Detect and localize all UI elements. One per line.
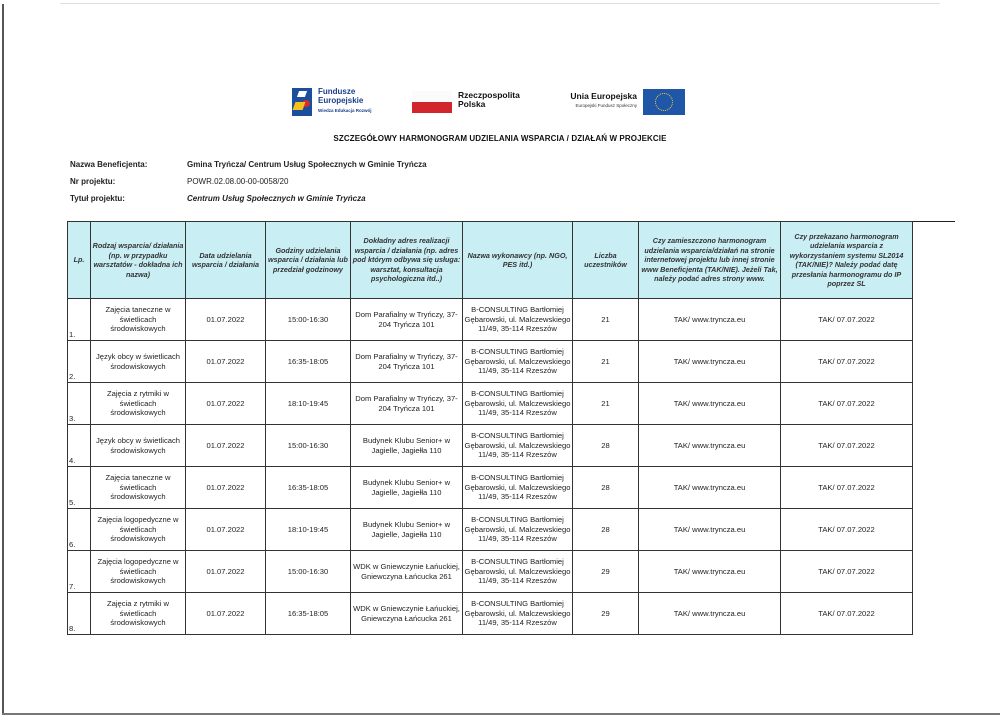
schedule-table: Lp. Rodzaj wsparcia/ działania (np. w pr…	[67, 221, 913, 635]
cell-sl2014: TAK/ 07.07.2022	[781, 551, 913, 593]
cell-date: 01.07.2022	[186, 341, 266, 383]
header-lp: Lp.	[68, 222, 91, 299]
table-row: 5.Zajęcia taneczne w świetlicach środowi…	[68, 467, 913, 509]
cell-participants: 21	[573, 299, 639, 341]
polish-flag-icon	[412, 91, 452, 113]
document-title: SZCZEGÓŁOWY HARMONOGRAM UDZIELANIA WSPAR…	[0, 134, 1000, 143]
table-row: 8.Zajęcia z rytmiki w świetlicach środow…	[68, 593, 913, 635]
cell-executor: B-CONSULTING Bartłomiej Gębarowski, ul. …	[463, 509, 573, 551]
cell-executor: B-CONSULTING Bartłomiej Gębarowski, ul. …	[463, 467, 573, 509]
cell-lp: 5.	[68, 467, 91, 509]
cell-executor: B-CONSULTING Bartłomiej Gębarowski, ul. …	[463, 551, 573, 593]
logo-bar: Fundusze Europejskie Wiedza Edukacja Roz…	[290, 86, 690, 120]
cell-hours: 15:00-16:30	[266, 299, 351, 341]
cell-date: 01.07.2022	[186, 383, 266, 425]
cell-date: 01.07.2022	[186, 425, 266, 467]
cell-support-type: Zajęcia taneczne w świetlicach środowisk…	[91, 467, 186, 509]
cell-executor: B-CONSULTING Bartłomiej Gębarowski, ul. …	[463, 425, 573, 467]
cell-website: TAK/ www.tryncza.eu	[639, 383, 781, 425]
eu-flag-icon	[643, 89, 685, 115]
header-address: Dokładny adres realizacji wsparcia / dzi…	[351, 222, 463, 299]
cell-support-type: Zajęcia z rytmiki w świetlicach środowis…	[91, 593, 186, 635]
cell-participants: 29	[573, 551, 639, 593]
cell-date: 01.07.2022	[186, 551, 266, 593]
header-executor: Nazwa wykonawcy (np. NGO, PES itd.)	[463, 222, 573, 299]
cell-hours: 18:10-19:45	[266, 383, 351, 425]
cell-address: Dom Parafialny w Tryńczy, 37-204 Tryńcza…	[351, 299, 463, 341]
cell-lp: 3.	[68, 383, 91, 425]
cell-sl2014: TAK/ 07.07.2022	[781, 593, 913, 635]
cell-hours: 16:35-18:05	[266, 593, 351, 635]
cell-lp: 6.	[68, 509, 91, 551]
cell-support-type: Język obcy w świetlicach środowiskowych	[91, 341, 186, 383]
page-bottom-edge	[2, 713, 1000, 715]
header-hours: Godziny udzielania wsparcia / działania …	[266, 222, 351, 299]
cell-sl2014: TAK/ 07.07.2022	[781, 467, 913, 509]
cell-address: WDK w Gniewczynie Łańuckiej, Gniewczyna …	[351, 551, 463, 593]
cell-lp: 8.	[68, 593, 91, 635]
project-title-value: Centrum Usług Społecznych w Gminie Tryńc…	[187, 194, 366, 203]
header-date: Data udzielania wsparcia / działania	[186, 222, 266, 299]
cell-support-type: Zajęcia z rytmiki w świetlicach środowis…	[91, 383, 186, 425]
header-sl2014: Czy przekazano harmonogram udzielania ws…	[781, 222, 913, 299]
header-website: Czy zamieszczono harmonogram udzielania …	[639, 222, 781, 299]
cell-support-type: Zajęcia logopedyczne w świetlicach środo…	[91, 509, 186, 551]
cell-lp: 7.	[68, 551, 91, 593]
cell-executor: B-CONSULTING Bartłomiej Gębarowski, ul. …	[463, 383, 573, 425]
cell-sl2014: TAK/ 07.07.2022	[781, 509, 913, 551]
fe-subtitle: Wiedza Edukacja Rozwój	[318, 106, 371, 115]
fe-emblem-icon	[292, 88, 312, 116]
cell-address: Dom Parafialny w Tryńczy, 37-204 Tryńcza…	[351, 383, 463, 425]
beneficiary-value: Gmina Tryńcza/ Centrum Usług Społecznych…	[187, 160, 427, 169]
cell-website: TAK/ www.tryncza.eu	[639, 551, 781, 593]
page-left-edge	[2, 4, 4, 714]
project-number-value: POWR.02.08.00-00-0058/20	[187, 177, 288, 186]
page-top-edge	[60, 3, 940, 4]
cell-website: TAK/ www.tryncza.eu	[639, 299, 781, 341]
cell-website: TAK/ www.tryncza.eu	[639, 341, 781, 383]
fe-line1: Fundusze	[318, 87, 371, 96]
table-row: 7.Zajęcia logopedyczne w świetlicach śro…	[68, 551, 913, 593]
beneficiary-label: Nazwa Beneficjenta:	[70, 160, 180, 169]
table-row: 2.Język obcy w świetlicach środowiskowyc…	[68, 341, 913, 383]
unia-europejska-logo: Unia Europejska Europejski Fundusz Społe…	[550, 89, 685, 119]
cell-participants: 21	[573, 383, 639, 425]
cell-address: Budynek Klubu Senior+ w Jagielle, Jagieł…	[351, 425, 463, 467]
table-row: 4.Język obcy w świetlicach środowiskowyc…	[68, 425, 913, 467]
table-row: 3.Zajęcia z rytmiki w świetlicach środow…	[68, 383, 913, 425]
cell-website: TAK/ www.tryncza.eu	[639, 425, 781, 467]
cell-sl2014: TAK/ 07.07.2022	[781, 299, 913, 341]
fe-line2: Europejskie	[318, 96, 371, 105]
cell-sl2014: TAK/ 07.07.2022	[781, 341, 913, 383]
cell-participants: 21	[573, 341, 639, 383]
cell-participants: 28	[573, 467, 639, 509]
eu-line1: Unia Europejska	[570, 91, 637, 101]
cell-hours: 15:00-16:30	[266, 551, 351, 593]
cell-executor: B-CONSULTING Bartłomiej Gębarowski, ul. …	[463, 593, 573, 635]
cell-website: TAK/ www.tryncza.eu	[639, 467, 781, 509]
cell-lp: 2.	[68, 341, 91, 383]
cell-address: Budynek Klubu Senior+ w Jagielle, Jagieł…	[351, 467, 463, 509]
cell-lp: 1.	[68, 299, 91, 341]
cell-date: 01.07.2022	[186, 467, 266, 509]
cell-participants: 28	[573, 509, 639, 551]
pl-line2: Polska	[458, 100, 520, 109]
cell-hours: 15:00-16:30	[266, 425, 351, 467]
cell-hours: 18:10-19:45	[266, 509, 351, 551]
cell-sl2014: TAK/ 07.07.2022	[781, 425, 913, 467]
cell-address: WDK w Gniewczynie Łańuckiej, Gniewczyna …	[351, 593, 463, 635]
project-number-label: Nr projektu:	[70, 177, 180, 186]
cell-support-type: Zajęcia logopedyczne w świetlicach środo…	[91, 551, 186, 593]
cell-date: 01.07.2022	[186, 299, 266, 341]
cell-hours: 16:35-18:05	[266, 467, 351, 509]
cell-address: Dom Parafialny w Tryńczy, 37-204 Tryńcza…	[351, 341, 463, 383]
project-title-label: Tytuł projektu:	[70, 194, 180, 203]
cell-date: 01.07.2022	[186, 593, 266, 635]
table-row: 1.Zajęcia taneczne w świetlicach środowi…	[68, 299, 913, 341]
header-support-type: Rodzaj wsparcia/ działania (np. w przypa…	[91, 222, 186, 299]
cell-support-type: Język obcy w świetlicach środowiskowych	[91, 425, 186, 467]
table-row: 6.Zajęcia logopedyczne w świetlicach śro…	[68, 509, 913, 551]
cell-address: Budynek Klubu Senior+ w Jagielle, Jagieł…	[351, 509, 463, 551]
cell-lp: 4.	[68, 425, 91, 467]
cell-support-type: Zajęcia taneczne w świetlicach środowisk…	[91, 299, 186, 341]
fundusze-europejskie-logo: Fundusze Europejskie Wiedza Edukacja Roz…	[290, 86, 410, 120]
table-header-row: Lp. Rodzaj wsparcia/ działania (np. w pr…	[68, 222, 913, 299]
cell-website: TAK/ www.tryncza.eu	[639, 593, 781, 635]
cell-sl2014: TAK/ 07.07.2022	[781, 383, 913, 425]
cell-executor: B-CONSULTING Bartłomiej Gębarowski, ul. …	[463, 299, 573, 341]
rzeczpospolita-polska-logo: Rzeczpospolita Polska	[410, 89, 530, 119]
eu-subtitle: Europejski Fundusz Społeczny	[570, 101, 637, 111]
cell-hours: 16:35-18:05	[266, 341, 351, 383]
cell-executor: B-CONSULTING Bartłomiej Gębarowski, ul. …	[463, 341, 573, 383]
cell-participants: 29	[573, 593, 639, 635]
cell-website: TAK/ www.tryncza.eu	[639, 509, 781, 551]
cell-date: 01.07.2022	[186, 509, 266, 551]
cell-participants: 28	[573, 425, 639, 467]
header-participants: Liczba uczestników	[573, 222, 639, 299]
